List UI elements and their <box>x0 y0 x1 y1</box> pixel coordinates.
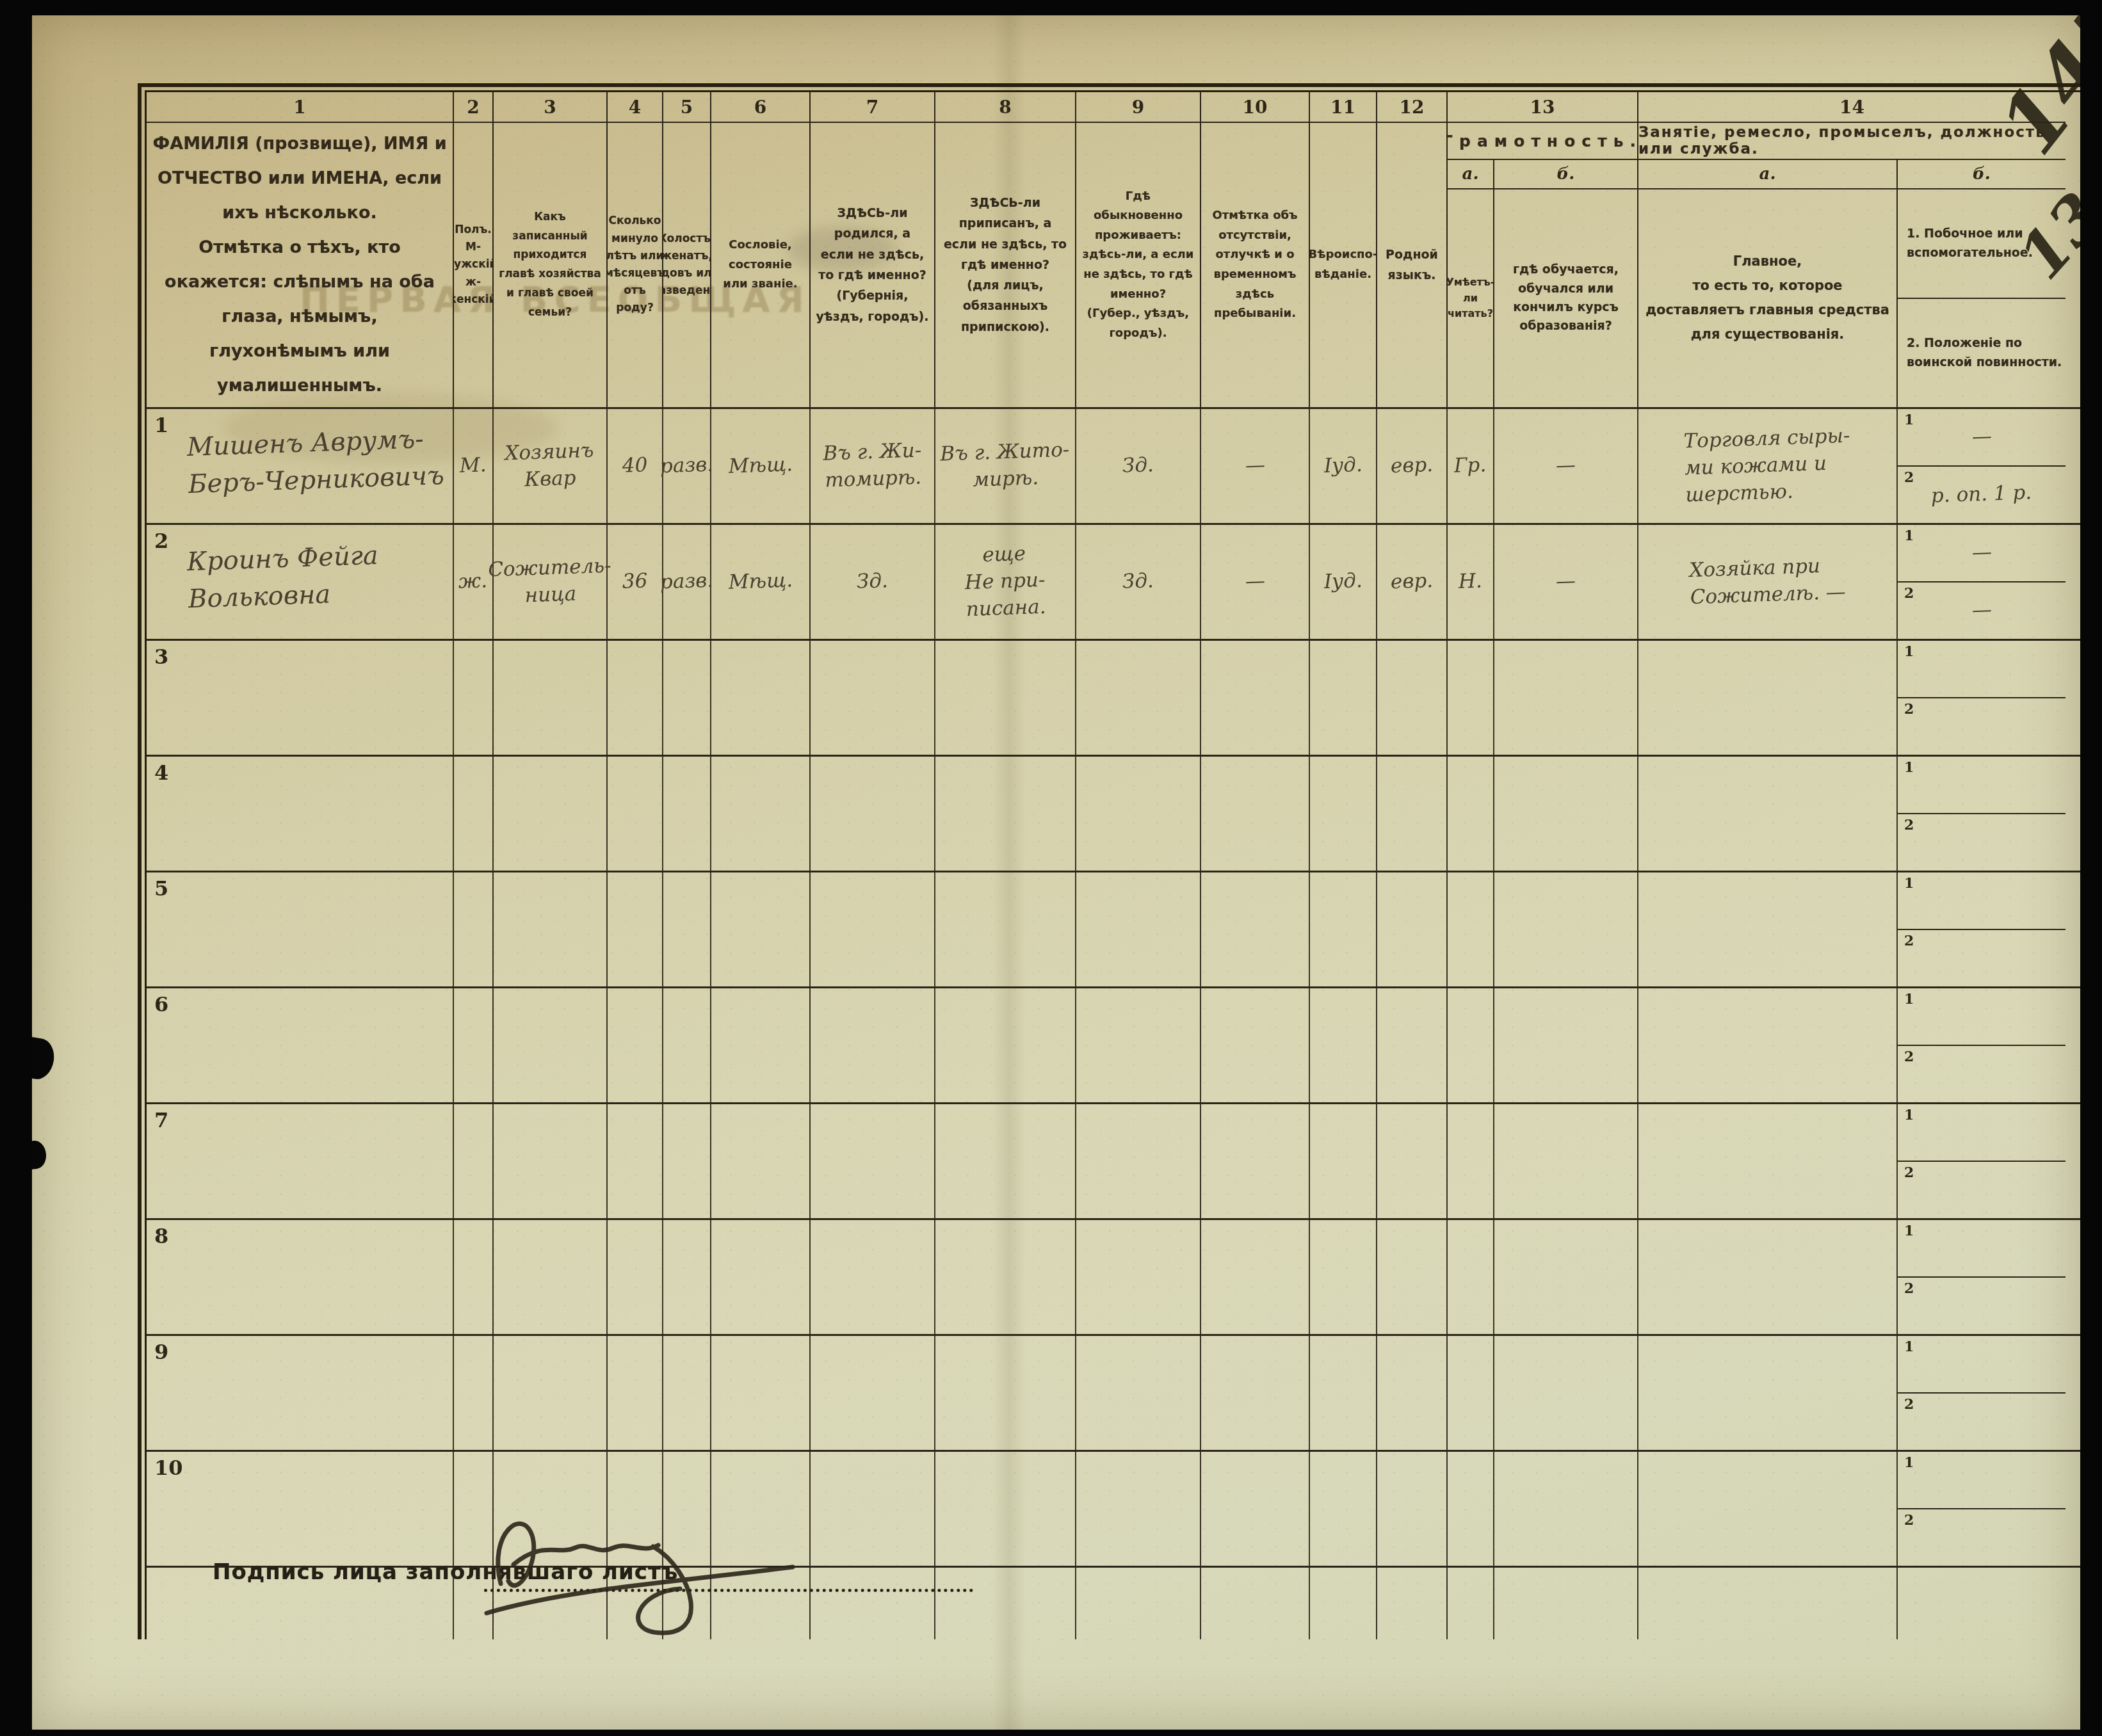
cell-c1: 5 <box>147 872 454 986</box>
column-14-group-title: Занятіе, ремесло, промыселъ, должность и… <box>1638 123 2066 160</box>
subcell-14b-2: 2 <box>1898 1278 2066 1334</box>
cell-c11 <box>1310 1220 1377 1334</box>
cell-c13a <box>1448 1220 1494 1334</box>
column-3-header: 3 Какъ записанный приходится главѣ хозяй… <box>494 92 608 407</box>
table-row: 912 <box>147 1336 2080 1452</box>
cell-c13b <box>1494 988 1638 1102</box>
handwritten-entry: разв. <box>659 452 714 481</box>
paper-tear <box>32 1036 57 1082</box>
table-row: 1Мишенъ Аврумъ- Беръ-ЧерниковичъМ.Хозяин… <box>147 409 2080 525</box>
column-9-title: Гдѣ обыкновенно проживаетъ: здѣсь-ли, а … <box>1076 123 1200 407</box>
cell-c7 <box>811 757 935 871</box>
subcell-14b-2: 2р. оп. 1 р. <box>1898 467 2066 523</box>
scan-background: ПЕРВАЯ ВСЕОБЩАЯ 145 133 1 ФАМИЛІЯ (прозв… <box>0 0 2102 1736</box>
column-13-header: 13 Грамотность. а. б. Умѣетъ- ли читать?… <box>1448 92 1638 407</box>
cell-c13a <box>1448 1336 1494 1450</box>
column-1-title: ФАМИЛІЯ (прозвище), ИМЯ и ОТЧЕСТВО или И… <box>147 123 453 407</box>
cell-c8 <box>935 757 1076 871</box>
cell-c2: М. <box>454 409 494 523</box>
table-row: 312 <box>147 641 2080 757</box>
column-13-subletters: а. б. <box>1448 160 1637 189</box>
cell-c14b: 1—2— <box>1898 525 2066 639</box>
cell-c7 <box>811 641 935 755</box>
cell-c6 <box>711 641 811 755</box>
tail-cell <box>147 1568 454 1639</box>
cell-c13a <box>1448 1452 1494 1566</box>
subrow-label: 2 <box>1904 1396 1914 1413</box>
subcell-14b-1: 1— <box>1898 525 2066 583</box>
subrow-label: 1 <box>1904 1454 1914 1471</box>
cell-c9 <box>1076 757 1201 871</box>
handwritten-entry: Іуд. <box>1323 568 1362 596</box>
subrow-label: 1 <box>1904 1107 1914 1123</box>
tail-cell <box>1494 1568 1638 1639</box>
column-4-title: Сколько минуло лѣтъ или мѣсяцевъ отъ род… <box>608 123 662 407</box>
cell-c10 <box>1201 1220 1310 1334</box>
column-9-number: 9 <box>1076 92 1200 123</box>
column-14a-letter: а. <box>1638 160 1898 188</box>
cell-c4 <box>608 1104 663 1218</box>
subcell-14b-2: 2 <box>1898 814 2066 871</box>
handwritten-entry: Зд. <box>1122 452 1154 480</box>
cell-c10 <box>1201 872 1310 986</box>
column-8-title: ЗДѢСЬ-ли приписанъ, а если не здѣсь, то … <box>935 123 1075 407</box>
column-7-title: ЗДѢСЬ-ли родился, а если не здѣсь, то гд… <box>811 123 934 407</box>
cell-c12 <box>1377 1220 1448 1334</box>
handwritten-entry: Торговля сыры- ми кожами и шерстью. <box>1683 423 1852 510</box>
cell-c5 <box>663 641 711 755</box>
cell-c12 <box>1377 872 1448 986</box>
cell-c11 <box>1310 1452 1377 1566</box>
handwritten-entry: Сожитель- ница <box>487 553 612 611</box>
subcell-14b-2: 2 <box>1898 1162 2066 1218</box>
handwritten-entry: Мѣщ. <box>728 451 793 480</box>
column-13-subtitles: Умѣетъ- ли читать? гдѣ обучается, обучал… <box>1448 189 1637 407</box>
cell-c6 <box>711 1104 811 1218</box>
column-13-number: 13 <box>1448 92 1637 123</box>
cell-c10 <box>1201 1452 1310 1566</box>
handwritten-entry: евр. <box>1390 452 1434 480</box>
subcell-14b-2: 2— <box>1898 583 2066 639</box>
cell-c8 <box>935 1336 1076 1450</box>
table-body: 1Мишенъ Аврумъ- Беръ-ЧерниковичъМ.Хозяин… <box>147 409 2080 1639</box>
subcell-14b-1: 1 <box>1898 1220 2066 1278</box>
subcell-14b-2: 2 <box>1898 1394 2066 1450</box>
column-11-number: 11 <box>1310 92 1376 123</box>
handwritten-entry: — <box>1971 424 1992 451</box>
subcell-14b-2: 2 <box>1898 698 2066 755</box>
column-2-number: 2 <box>454 92 492 123</box>
table-header: 1 ФАМИЛІЯ (прозвище), ИМЯ и ОТЧЕСТВО или… <box>147 92 2080 409</box>
cell-c8 <box>935 872 1076 986</box>
column-13a-letter: а. <box>1448 160 1494 188</box>
column-7-number: 7 <box>811 92 934 123</box>
handwritten-entry: Іуд. <box>1323 452 1362 480</box>
handwritten-entry: 40 <box>622 452 648 479</box>
cell-c14a <box>1638 1220 1898 1334</box>
cell-c13b <box>1494 872 1638 986</box>
cell-c11: Іуд. <box>1310 409 1377 523</box>
cell-c14a <box>1638 872 1898 986</box>
subrow-label: 1 <box>1904 643 1914 660</box>
handwritten-entry: Хозяинъ Квар <box>505 438 595 494</box>
column-11-title: Вѣроиспо- вѣданіе. <box>1310 123 1376 407</box>
census-table: 1 ФАМИЛІЯ (прозвище), ИМЯ и ОТЧЕСТВО или… <box>138 83 2080 1639</box>
cell-c2 <box>454 988 494 1102</box>
cell-c2 <box>454 641 494 755</box>
column-14b-option-2: 2. Положеніе по воинской повинности. <box>1898 299 2066 407</box>
cell-c14a: Торговля сыры- ми кожами и шерстью. <box>1638 409 1898 523</box>
cell-c12: евр. <box>1377 409 1448 523</box>
signature-flourish <box>442 1488 813 1673</box>
cell-c10 <box>1201 1104 1310 1218</box>
cell-c14a <box>1638 757 1898 871</box>
row-number: 10 <box>154 1456 183 1480</box>
paper-tear <box>32 1139 47 1169</box>
cell-c11: Іуд. <box>1310 525 1377 639</box>
cell-c14b: 1—2р. оп. 1 р. <box>1898 409 2066 523</box>
subcell-14b-1: 1 <box>1898 757 2066 814</box>
subcell-14b-2: 2 <box>1898 930 2066 986</box>
cell-c8 <box>935 988 1076 1102</box>
cell-c13a <box>1448 988 1494 1102</box>
row-number: 3 <box>154 645 168 669</box>
cell-c10: — <box>1201 525 1310 639</box>
cell-c1: 9 <box>147 1336 454 1450</box>
handwritten-entry: разв. <box>659 568 714 597</box>
column-14b-letter: б. <box>1898 160 2066 188</box>
column-4-number: 4 <box>608 92 662 123</box>
subcell-14b-1: 1 <box>1898 1452 2066 1509</box>
cell-c1: 1Мишенъ Аврумъ- Беръ-Черниковичъ <box>147 409 454 523</box>
census-sheet: ПЕРВАЯ ВСЕОБЩАЯ 145 133 1 ФАМИЛІЯ (прозв… <box>32 15 2080 1730</box>
cell-c14b: 12 <box>1898 757 2066 871</box>
cell-c6 <box>711 757 811 871</box>
cell-c11 <box>1310 641 1377 755</box>
column-5-header: 5 Холостъ, женатъ, вдовъ или разведенъ. <box>663 92 711 407</box>
subrow-label: 1 <box>1904 412 1914 428</box>
cell-c5: разв. <box>663 409 711 523</box>
cell-c11 <box>1310 988 1377 1102</box>
subrow-label: 2 <box>1904 1049 1914 1065</box>
subrow-label: 1 <box>1904 1338 1914 1355</box>
tail-cell <box>1377 1568 1448 1639</box>
cell-c14b: 12 <box>1898 1452 2066 1566</box>
cell-c14b: 12 <box>1898 1220 2066 1334</box>
subcell-14b-1: 1 <box>1898 1104 2066 1162</box>
handwritten-entry: Мѣщ. <box>728 567 793 596</box>
subcell-14b-1: 1 <box>1898 641 2066 698</box>
cell-c4 <box>608 988 663 1102</box>
subcell-14b-1: 1— <box>1898 409 2066 467</box>
row-number: 7 <box>154 1108 168 1132</box>
cell-c5 <box>663 1336 711 1450</box>
handwritten-entry: — <box>1245 568 1265 596</box>
cell-c2 <box>454 1336 494 1450</box>
cell-c9 <box>1076 988 1201 1102</box>
cell-c13b <box>1494 1220 1638 1334</box>
cell-c3 <box>494 872 608 986</box>
tail-cell <box>1448 1568 1494 1639</box>
cell-c9 <box>1076 641 1201 755</box>
cell-c6 <box>711 988 811 1102</box>
column-11-header: 11 Вѣроиспо- вѣданіе. <box>1310 92 1377 407</box>
cell-c13a: Гр. <box>1448 409 1494 523</box>
cell-c12 <box>1377 988 1448 1102</box>
subcell-14b-2: 2 <box>1898 1046 2066 1102</box>
cell-c1: 10 <box>147 1452 454 1566</box>
column-4-header: 4 Сколько минуло лѣтъ или мѣсяцевъ отъ р… <box>608 92 663 407</box>
cell-c5 <box>663 1220 711 1334</box>
subrow-label: 1 <box>1904 1223 1914 1239</box>
cell-c1: 2Кроинъ Фейга Вольковна <box>147 525 454 639</box>
cell-c12 <box>1377 641 1448 755</box>
cell-c9: Зд. <box>1076 409 1201 523</box>
column-1-header: 1 ФАМИЛІЯ (прозвище), ИМЯ и ОТЧЕСТВО или… <box>147 92 454 407</box>
cell-c14b: 12 <box>1898 1104 2066 1218</box>
cell-c9: Зд. <box>1076 525 1201 639</box>
row-number: 6 <box>154 992 168 1017</box>
cell-c7 <box>811 988 935 1102</box>
cell-c13b: — <box>1494 525 1638 639</box>
table-row: 412 <box>147 757 2080 872</box>
cell-c13b <box>1494 641 1638 755</box>
table-row: 612 <box>147 988 2080 1104</box>
cell-c7 <box>811 1336 935 1450</box>
column-6-header: 6 Сословіе, состояніе или званіе. <box>711 92 811 407</box>
tail-cell <box>935 1568 1076 1639</box>
row-number: 9 <box>154 1340 168 1364</box>
cell-c2 <box>454 1220 494 1334</box>
cell-c8 <box>935 1220 1076 1334</box>
cell-c12 <box>1377 1104 1448 1218</box>
column-14b-title: 1. Побочное или вспомогательное. 2. Поло… <box>1898 189 2066 407</box>
handwritten-entry: М. <box>459 452 487 479</box>
cell-c9 <box>1076 1220 1201 1334</box>
cell-c4 <box>608 872 663 986</box>
cell-c4 <box>608 757 663 871</box>
subrow-label: 2 <box>1904 1280 1914 1297</box>
cell-c11 <box>1310 1336 1377 1450</box>
handwritten-entry: Зд. <box>1122 568 1154 596</box>
column-6-number: 6 <box>711 92 809 123</box>
cell-c3 <box>494 1104 608 1218</box>
handwritten-entry: Гр. <box>1454 452 1487 480</box>
cell-c1: 7 <box>147 1104 454 1218</box>
column-3-number: 3 <box>494 92 606 123</box>
cell-c10 <box>1201 641 1310 755</box>
row-number: 2 <box>154 529 168 553</box>
handwritten-entry: ж. <box>458 568 489 595</box>
subrow-label: 1 <box>1904 527 1914 544</box>
subcell-14b-1: 1 <box>1898 1336 2066 1394</box>
column-12-number: 12 <box>1377 92 1446 123</box>
cell-c14b: 12 <box>1898 1336 2066 1450</box>
table-row: 812 <box>147 1220 2080 1336</box>
subrow-label: 1 <box>1904 759 1914 776</box>
cell-c11 <box>1310 872 1377 986</box>
subrow-label: 1 <box>1904 991 1914 1008</box>
cell-c7 <box>811 1220 935 1334</box>
subrow-label: 2 <box>1904 1512 1914 1529</box>
cell-c7 <box>811 1104 935 1218</box>
subrow-label: 2 <box>1904 933 1914 949</box>
row-number: 8 <box>154 1224 168 1248</box>
column-12-title: Родной языкъ. <box>1377 123 1446 407</box>
cell-c14a <box>1638 1104 1898 1218</box>
cell-c4 <box>608 1336 663 1450</box>
row-number: 4 <box>154 760 168 785</box>
cell-c4: 36 <box>608 525 663 639</box>
cell-c1: 8 <box>147 1220 454 1334</box>
cell-c2 <box>454 1104 494 1218</box>
cell-c7: Зд. <box>811 525 935 639</box>
cell-c4: 40 <box>608 409 663 523</box>
cell-c10 <box>1201 757 1310 871</box>
handwritten-entry: — <box>1245 453 1265 480</box>
column-5-title: Холостъ, женатъ, вдовъ или разведенъ. <box>663 123 710 407</box>
cell-c12 <box>1377 1452 1448 1566</box>
column-8-number: 8 <box>935 92 1075 123</box>
cell-c8: Въ г. Жито- мирѣ. <box>935 409 1076 523</box>
subcell-14b-2: 2 <box>1898 1509 2066 1566</box>
handwritten-entry: еще Не при- писана. <box>964 540 1047 623</box>
handwritten-entry: Хозяйка при Сожителѣ. — <box>1689 552 1847 611</box>
cell-c2: ж. <box>454 525 494 639</box>
row-number: 1 <box>154 413 168 437</box>
tail-cell <box>811 1568 935 1639</box>
cell-c6 <box>711 872 811 986</box>
column-14b-option-1: 1. Побочное или вспомогательное. <box>1898 189 2066 299</box>
cell-c9 <box>1076 1336 1201 1450</box>
cell-c13a <box>1448 1104 1494 1218</box>
column-1-number: 1 <box>147 92 453 123</box>
column-9-header: 9 Гдѣ обыкновенно проживаетъ: здѣсь-ли, … <box>1076 92 1201 407</box>
cell-c4 <box>608 1220 663 1334</box>
cell-c1: 6 <box>147 988 454 1102</box>
subrow-label: 2 <box>1904 817 1914 833</box>
cell-c6: Мѣщ. <box>711 525 811 639</box>
cell-c10 <box>1201 1336 1310 1450</box>
cell-c13b <box>1494 757 1638 871</box>
cell-c14a: Хозяйка при Сожителѣ. — <box>1638 525 1898 639</box>
handwritten-entry: — <box>1555 568 1576 596</box>
cell-c9 <box>1076 872 1201 986</box>
column-12-header: 12 Родной языкъ. <box>1377 92 1448 407</box>
column-10-number: 10 <box>1201 92 1309 123</box>
cell-c14b: 12 <box>1898 641 2066 755</box>
column-14-subletters: а. б. <box>1638 160 2066 189</box>
column-13b-letter: б. <box>1494 160 1637 188</box>
cell-c5 <box>663 757 711 871</box>
cell-c3 <box>494 757 608 871</box>
cell-c11 <box>1310 757 1377 871</box>
cell-c8: еще Не при- писана. <box>935 525 1076 639</box>
subrow-label: 2 <box>1904 1164 1914 1181</box>
column-2-header: 2 Полъ. М-мужскій. ж-женскій. <box>454 92 494 407</box>
cell-c2 <box>454 872 494 986</box>
cell-c13a: Н. <box>1448 525 1494 639</box>
handwritten-entry: р. оп. 1 р. <box>1931 479 2033 510</box>
cell-c14a <box>1638 988 1898 1102</box>
handwritten-entry: 36 <box>622 568 648 595</box>
column-13a-title: Умѣетъ- ли читать? <box>1448 189 1494 407</box>
cell-c12: евр. <box>1377 525 1448 639</box>
cell-c14b: 12 <box>1898 872 2066 986</box>
row-number: 5 <box>154 876 168 901</box>
table-row: 512 <box>147 872 2080 988</box>
cell-c11 <box>1310 1104 1377 1218</box>
cell-c13b: — <box>1494 409 1638 523</box>
handwritten-entry: — <box>1971 597 1992 625</box>
cell-c10 <box>1201 988 1310 1102</box>
cell-c3: Хозяинъ Квар <box>494 409 608 523</box>
cell-c7 <box>811 1452 935 1566</box>
cell-c13a <box>1448 757 1494 871</box>
tail-cell <box>1076 1568 1201 1639</box>
column-10-header: 10 Отмѣтка объ отсутствіи, отлучкѣ и о в… <box>1201 92 1310 407</box>
cell-c9 <box>1076 1104 1201 1218</box>
column-5-number: 5 <box>663 92 710 123</box>
cell-c14a <box>1638 1452 1898 1566</box>
cell-c5 <box>663 988 711 1102</box>
table-row: 712 <box>147 1104 2080 1220</box>
cell-c13b <box>1494 1104 1638 1218</box>
tail-cell <box>1310 1568 1377 1639</box>
cell-c6 <box>711 1336 811 1450</box>
cell-c7: Въ г. Жи- томирѣ. <box>811 409 935 523</box>
cell-c5: разв. <box>663 525 711 639</box>
column-14-number: 14 <box>1638 92 2066 123</box>
column-7-header: 7 ЗДѢСЬ-ли родился, а если не здѣсь, то … <box>811 92 935 407</box>
cell-c2 <box>454 757 494 871</box>
column-2-title: Полъ. М-мужскій. ж-женскій. <box>454 123 492 407</box>
cell-c14b: 12 <box>1898 988 2066 1102</box>
cell-c8 <box>935 1104 1076 1218</box>
cell-c1: 4 <box>147 757 454 871</box>
cell-c8 <box>935 641 1076 755</box>
column-10-title: Отмѣтка объ отсутствіи, отлучкѣ и о врем… <box>1201 123 1309 407</box>
tail-cell <box>1638 1568 1898 1639</box>
cell-c3 <box>494 1336 608 1450</box>
subcell-14b-1: 1 <box>1898 872 2066 930</box>
cell-c14a <box>1638 641 1898 755</box>
cell-c5 <box>663 872 711 986</box>
subrow-label: 1 <box>1904 875 1914 892</box>
cell-c12 <box>1377 1336 1448 1450</box>
handwritten-name: Кроинъ Фейга Вольковна <box>186 537 380 618</box>
cell-c6: Мѣщ. <box>711 409 811 523</box>
cell-c13b <box>1494 1452 1638 1566</box>
subrow-label: 2 <box>1904 701 1914 718</box>
cell-c13a <box>1448 641 1494 755</box>
column-8-header: 8 ЗДѢСЬ-ли приписанъ, а если не здѣсь, т… <box>935 92 1076 407</box>
cell-c9 <box>1076 1452 1201 1566</box>
column-14-header: 14 Занятіе, ремесло, промыселъ, должност… <box>1638 92 2066 407</box>
column-13-group-title: Грамотность. <box>1448 123 1637 160</box>
cell-c12 <box>1377 757 1448 871</box>
handwritten-entry: Зд. <box>856 568 888 596</box>
subrow-label: 2 <box>1904 469 1914 486</box>
cell-c6 <box>711 1220 811 1334</box>
cell-c3: Сожитель- ница <box>494 525 608 639</box>
table-row: 2Кроинъ Фейга Вольковнаж.Сожитель- ница3… <box>147 525 2080 641</box>
subrow-label: 2 <box>1904 585 1914 602</box>
cell-c14a <box>1638 1336 1898 1450</box>
tail-cell <box>1201 1568 1310 1639</box>
tail-cell <box>1898 1568 2066 1639</box>
column-14a-title: Главное, то есть то, которое доставляетъ… <box>1638 189 1898 407</box>
